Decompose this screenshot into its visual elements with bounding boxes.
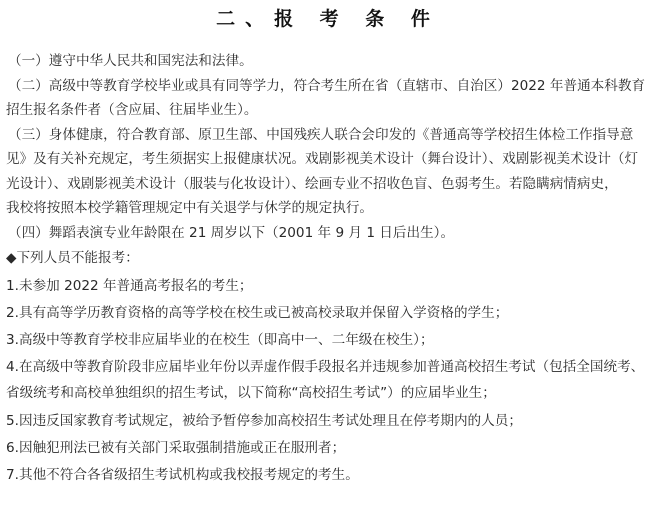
condition-line: （一）遵守中华人民共和国宪法和法律。	[8, 52, 253, 70]
exclusion-heading: ◆下列人员不能报考：	[6, 249, 139, 267]
exclusion-item-4: 4.在高级中等教育阶段非应届毕业年份以弄虚作假手段报名并违规参加普通高校招生考试…	[6, 358, 644, 376]
exclusion-item-2: 2.具有高等学历教育资格的高等学校在校生或已被高校录取并保留入学资格的学生；	[6, 304, 508, 322]
exclusion-item-7: 7.其他不符合各省级招生考试机构或我校报考规定的考生。	[6, 466, 359, 484]
condition-line: 光设计）、戏剧影视美术设计（服装与化妆设计）、绘画专业不招收色盲、色弱考生。若隐…	[6, 175, 618, 193]
exclusion-item-4-continued: 省级统考和高校单独组织的招生考试，以下简称“高校招生考试”）的应届毕业生；	[6, 384, 496, 402]
exclusion-item-3: 3.高级中等教育学校非应届毕业的在校生（即高中一、二年级在校生）；	[6, 331, 434, 349]
condition-line: （三）身体健康，符合教育部、原卫生部、中国残疾人联合会印发的《普通高等学校招生体…	[8, 126, 633, 144]
condition-line: 我校将按照本校学籍管理规定中有关退学与休学的规定执行。	[6, 199, 373, 217]
condition-line: 招生报名条件者（含应届、往届毕业生）。	[6, 101, 257, 119]
section-title: 二、报 考 条 件	[0, 4, 656, 31]
condition-line: （二）高级中等教育学校毕业或具有同等学力，符合考生所在省（直辖市、自治区）202…	[8, 77, 645, 95]
exclusion-item-1: 1.未参加 2022 年普通高考报名的考生；	[6, 277, 253, 295]
exclusion-item-6: 6.因触犯刑法已被有关部门采取强制措施或正在服刑者；	[6, 439, 345, 457]
condition-line: （四）舞蹈表演专业年龄限在 21 周岁以下（2001 年 9 月 1 日后出生）…	[8, 224, 454, 242]
condition-line: 见》及有关补充规定，考生须据实上报健康状况。戏剧影视美术设计（舞台设计）、戏剧影…	[6, 150, 638, 168]
exclusion-item-5: 5.因违反国家教育考试规定，被给予暂停参加高校招生考试处理且在停考期内的人员；	[6, 412, 522, 430]
